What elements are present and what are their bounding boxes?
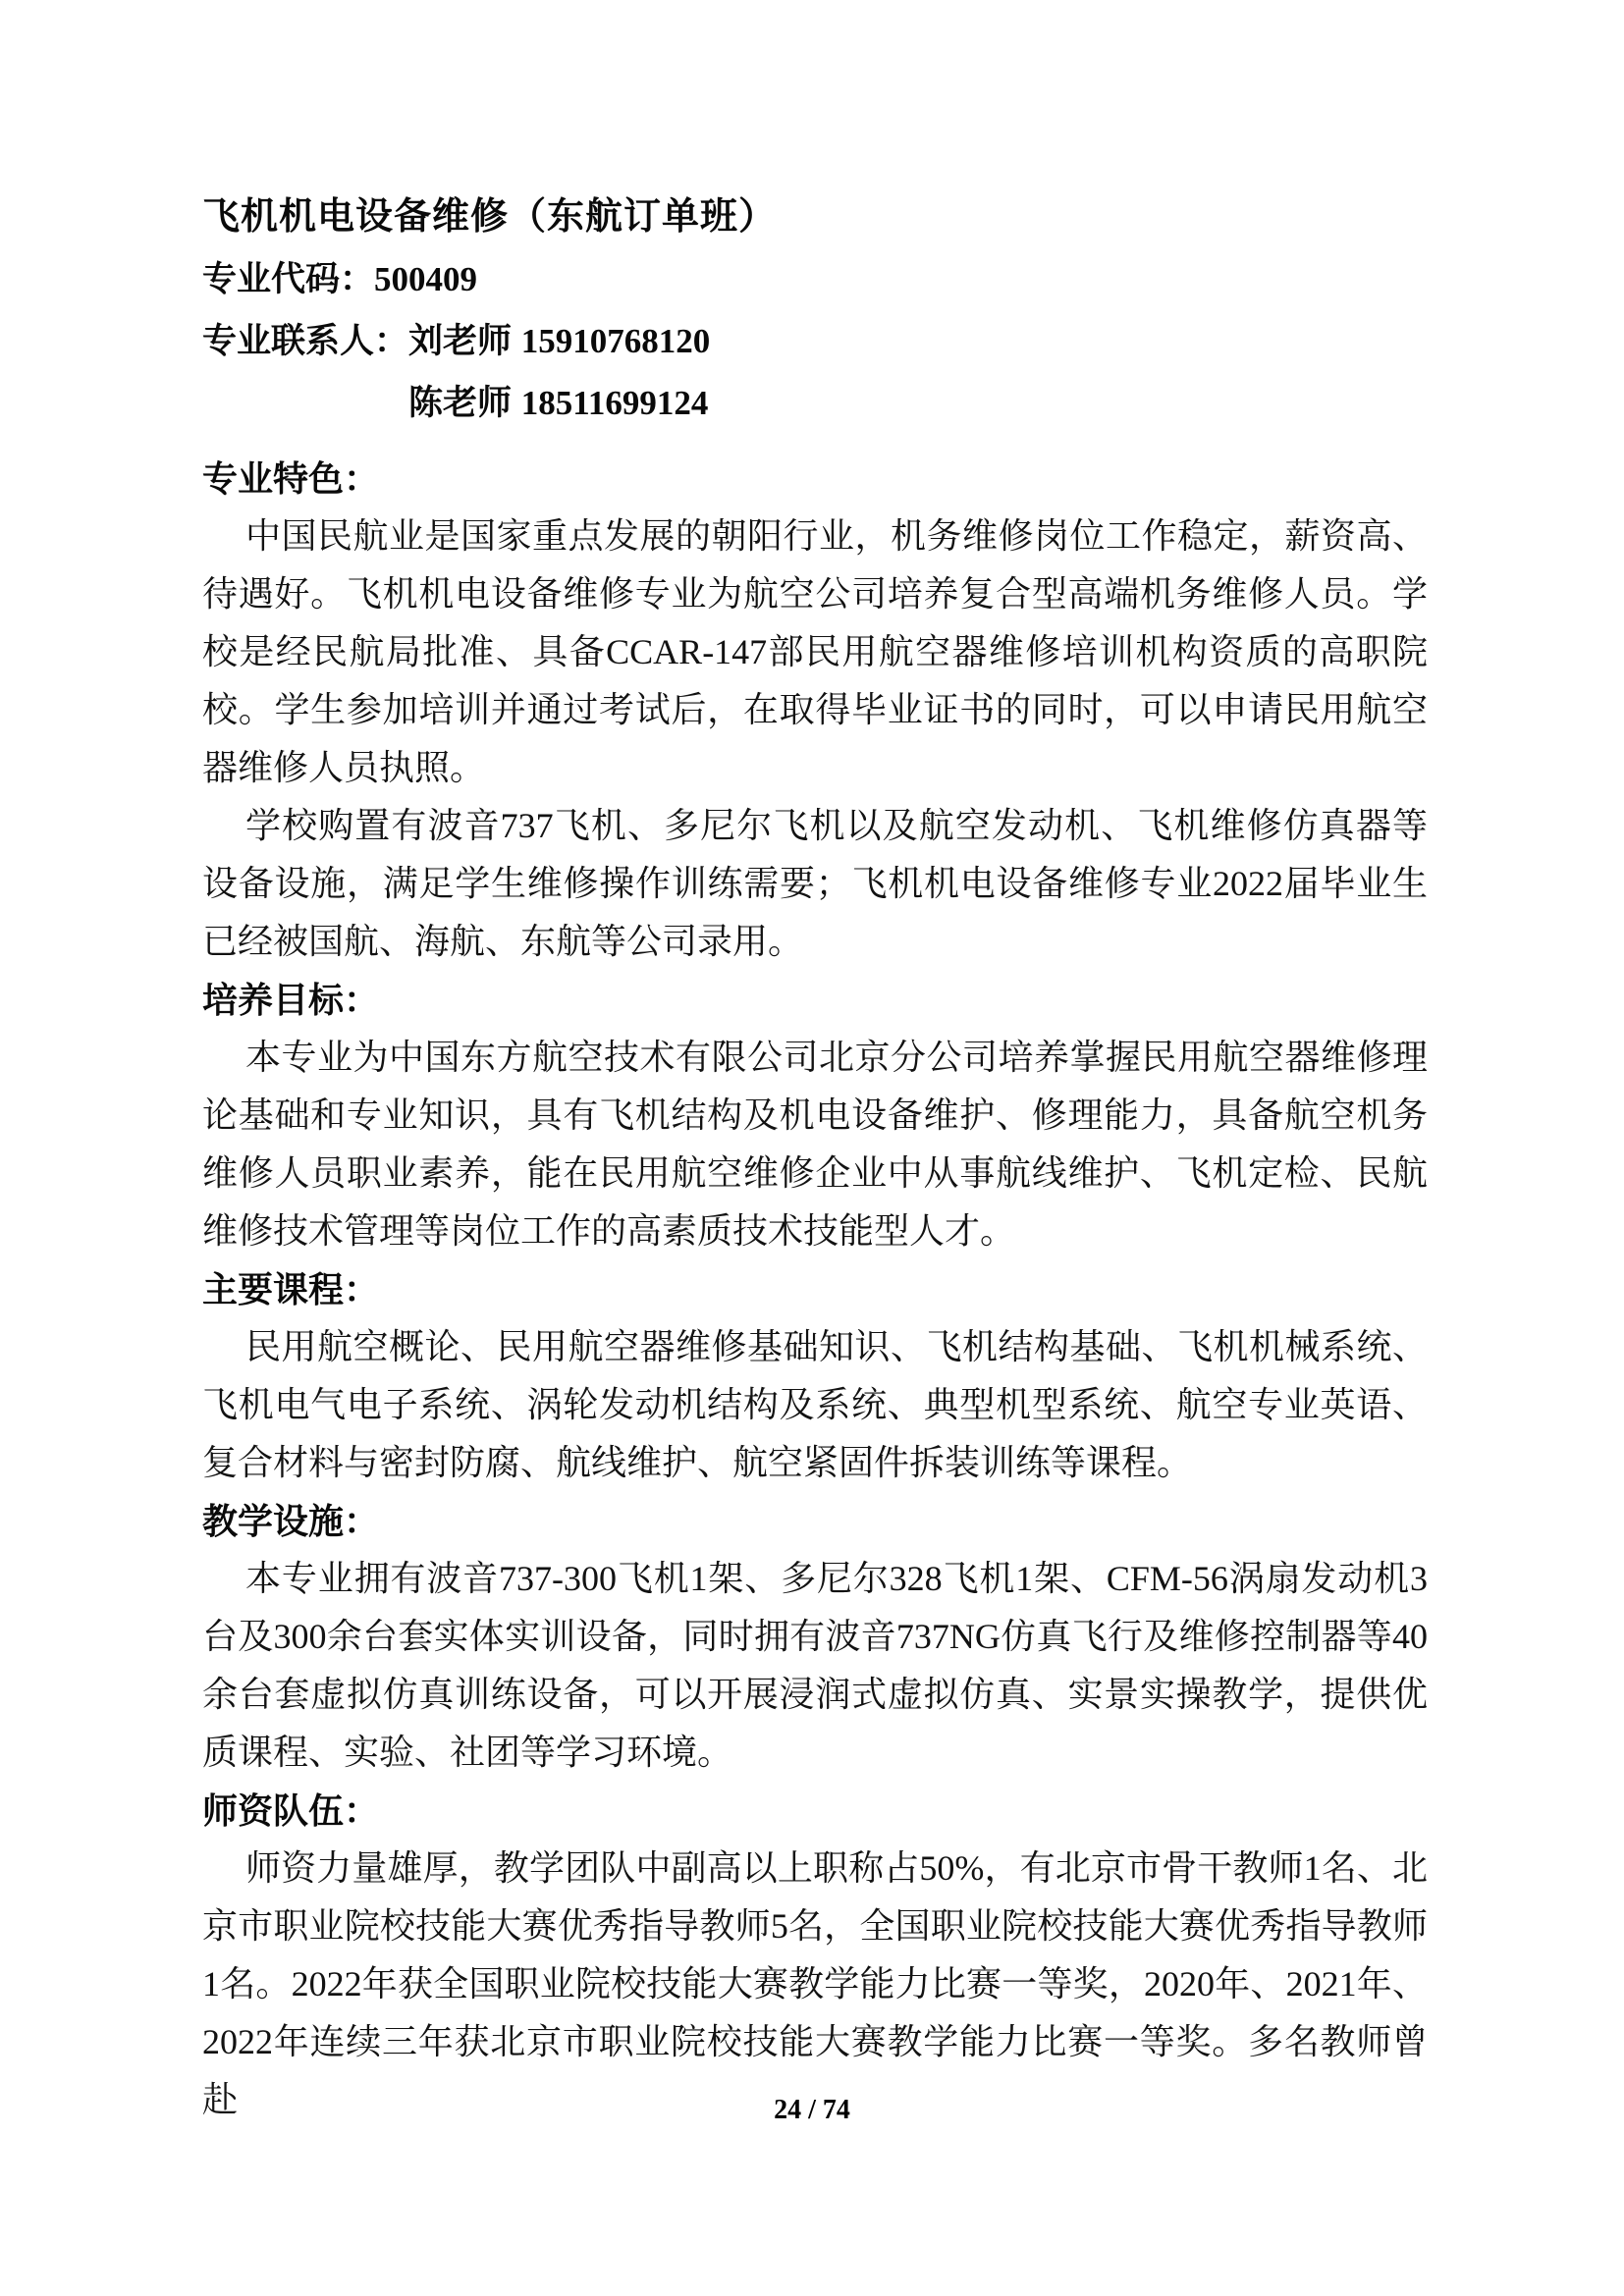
major-code-value: 500409 [374, 260, 477, 298]
contact1-name: 刘老师 [408, 322, 512, 360]
page-number: 24 / 74 [0, 2095, 1624, 2126]
page-title: 飞机机电设备维修（东航订单班） [202, 187, 1428, 248]
major-code-line: 专业代码：500409 [202, 248, 1428, 310]
paragraph: 师资力量雄厚，教学团队中副高以上职称占50%，有北京市骨干教师1名、北京市职业院… [202, 1840, 1428, 2129]
section-facilities: 教学设施： 本专业拥有波音737-300飞机1架、多尼尔328飞机1架、CFM-… [202, 1492, 1428, 1782]
section-heading-faculty: 师资队伍： [202, 1782, 1428, 1840]
page-content: 飞机机电设备维修（东航订单班） 专业代码：500409 专业联系人：刘老师 15… [202, 187, 1428, 2129]
contact1-phone: 15910768120 [521, 322, 711, 360]
section-heading-courses: 主要课程： [202, 1260, 1428, 1318]
paragraph: 本专业为中国东方航空技术有限公司北京分公司培养掌握民用航空器维修理论基础和专业知… [202, 1029, 1428, 1260]
contact-line-1: 专业联系人：刘老师 15910768120 [202, 310, 1428, 372]
section-objectives: 培养目标： 本专业为中国东方航空技术有限公司北京分公司培养掌握民用航空器维修理论… [202, 971, 1428, 1260]
section-heading-features: 专业特色： [202, 450, 1428, 507]
section-courses: 主要课程： 民用航空概论、民用航空器维修基础知识、飞机结构基础、飞机机械系统、飞… [202, 1260, 1428, 1492]
document-page: 飞机机电设备维修（东航订单班） 专业代码：500409 专业联系人：刘老师 15… [0, 0, 1624, 2296]
section-faculty: 师资队伍： 师资力量雄厚，教学团队中副高以上职称占50%，有北京市骨干教师1名、… [202, 1782, 1428, 2129]
section-heading-facilities: 教学设施： [202, 1492, 1428, 1550]
contact-label: 专业联系人： [202, 322, 408, 360]
paragraph: 学校购置有波音737飞机、多尼尔飞机以及航空发动机、飞机维修仿真器等设备设施，满… [202, 797, 1428, 971]
section-features: 专业特色： 中国民航业是国家重点发展的朝阳行业，机务维修岗位工作稳定，薪资高、待… [202, 450, 1428, 971]
paragraph: 民用航空概论、民用航空器维修基础知识、飞机结构基础、飞机机械系统、飞机电气电子系… [202, 1318, 1428, 1492]
major-code-label: 专业代码： [202, 260, 374, 298]
section-heading-objectives: 培养目标： [202, 971, 1428, 1029]
contact2-phone: 18511699124 [521, 384, 709, 422]
paragraph: 中国民航业是国家重点发展的朝阳行业，机务维修岗位工作稳定，薪资高、待遇好。飞机机… [202, 507, 1428, 797]
contact2-name: 陈老师 [408, 384, 512, 422]
contact-line-2: 陈老师 18511699124 [202, 372, 1428, 434]
paragraph: 本专业拥有波音737-300飞机1架、多尼尔328飞机1架、CFM-56涡扇发动… [202, 1550, 1428, 1782]
